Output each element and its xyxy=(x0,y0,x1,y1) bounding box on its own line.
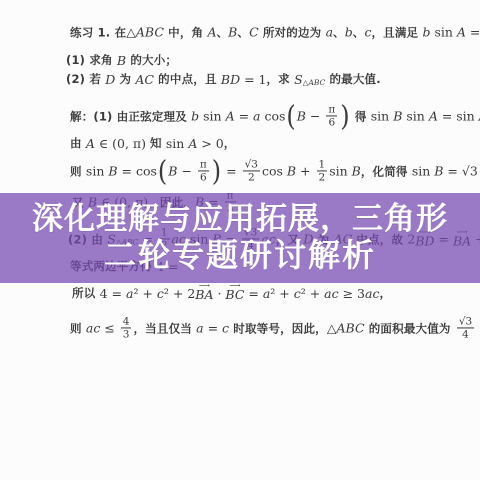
solution-inequality: 所以 4 = a² + c² + 2BA · BC = a² + c² + ac… xyxy=(72,284,391,302)
solution-tanB-derivation: 则 sin B = cos(B − π6) = √32cos B + 12sin… xyxy=(70,158,480,183)
question-2: (2) 若 D 为 AC 的中点，且 BD = 1，求 S△ABC 的最大值. xyxy=(66,71,381,87)
banner-title-line2: 二轮专题研讨解析 xyxy=(104,237,376,275)
question-1: (1) 求角 B 的大小； xyxy=(66,52,177,68)
banner-title-line1: 深化理解与应用拓展，三角形 xyxy=(32,201,448,238)
solution-max-area: 则 ac ≤ 43，当且仅当 a = c 时取等号，因此，△ABC 的面积最大值… xyxy=(70,315,480,340)
exercise-problem-statement: 练习 1. 在△ABC 中，角 A、B、C 所对的边为 a、b、c，且满足 b … xyxy=(70,19,480,44)
solution-part1-law-of-sines: 解：(1) 由正弦定理及 b sin A = a cos(B − π6) 得 s… xyxy=(70,103,480,128)
title-banner-overlay: 深化理解与应用拓展，三角形 二轮专题研讨解析 xyxy=(0,193,480,283)
scanned-math-worksheet: 练习 1. 在△ABC 中，角 A、B、C 所对的边为 a、b、c，且满足 b … xyxy=(0,0,480,480)
solution-sinA-positive: 由 A ∈ (0, π) 知 sin A > 0， xyxy=(70,135,235,151)
